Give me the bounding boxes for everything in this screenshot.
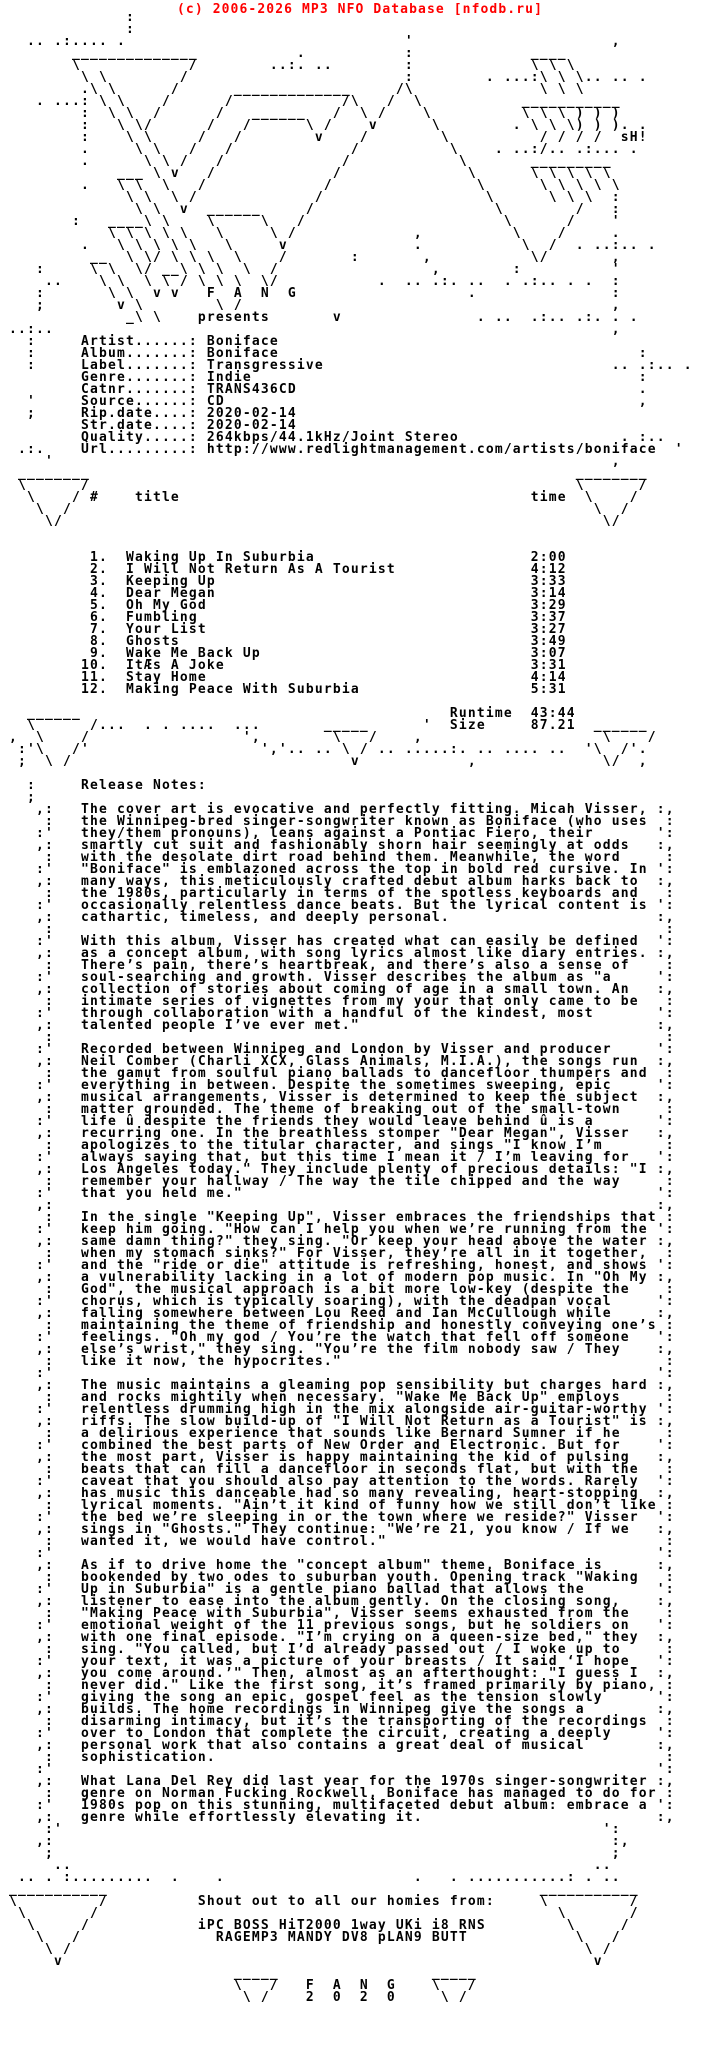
nfo-page: (c) 2006-2026 MP3 NFO Database [nfodb.ru… bbox=[0, 0, 720, 2040]
nfo-text: : : .. .:.... . ' , ______________ . : _… bbox=[0, 0, 720, 2040]
site-copyright-banner: (c) 2006-2026 MP3 NFO Database [nfodb.ru… bbox=[0, 3, 720, 17]
